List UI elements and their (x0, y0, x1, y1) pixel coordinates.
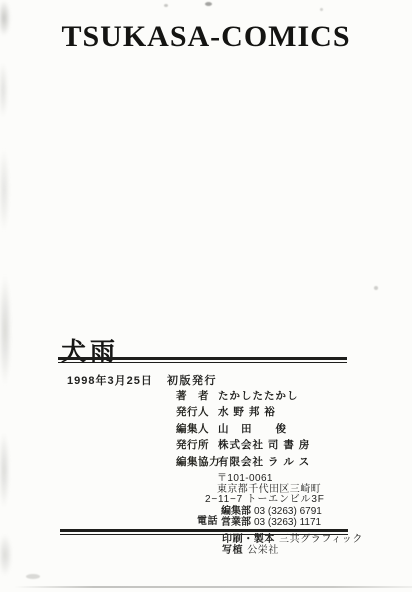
credit-label: 編集協力 (176, 454, 216, 469)
phone-lines: 編集部03 (3263) 6791 営業部03 (3263) 1171 (221, 507, 322, 529)
publisher-address-block: 〒101-0061 東京都千代田区三崎町 2−11−7 トーエンビル3F (217, 474, 325, 506)
colophon-page: TSUKASA-COMICS 犬雨 1998年3月25日 初版発行 著 者 たか… (0, 0, 412, 592)
scan-noise-left-edge (0, 0, 16, 592)
credit-value: 水 野 邦 裕 (218, 404, 276, 419)
credit-row-author: 著 者 たかしたたかし (176, 388, 310, 404)
printing-value: 三共グラフィック (279, 534, 363, 545)
page-bottom-edge-line (14, 586, 412, 588)
phone-line-sales: 営業部03 (3263) 1171 (221, 518, 322, 529)
production-credits-block: 印刷・製本三共グラフィック 写植公栄社 (222, 535, 363, 557)
typesetting-label: 写植 (222, 545, 243, 556)
phone-block: 電話 編集部03 (3263) 6791 営業部03 (3263) 1171 (197, 507, 322, 529)
postal-code: 〒101-0061 (217, 474, 325, 485)
credits-block: 著 者 たかしたたかし 発行人 水 野 邦 裕 編集人 山 田 俊 発行所 株式… (176, 388, 310, 470)
credit-label: 発行人 (176, 404, 216, 419)
credit-value: たかしたたかし (218, 388, 299, 403)
brand-logotype: TSUKASA-COMICS (0, 20, 412, 54)
phone-number: 03 (3263) 6791 (254, 506, 322, 517)
scan-speck (374, 286, 378, 290)
credit-row-publisher-person: 発行人 水 野 邦 裕 (176, 404, 310, 420)
credit-label: 著 者 (176, 388, 216, 403)
typesetting-credit-row: 写植公栄社 (222, 546, 363, 557)
credit-label: 発行所 (176, 437, 216, 452)
printing-label: 印刷・製本 (222, 534, 275, 545)
title-double-rule (58, 357, 347, 363)
credit-value: 株式会社 司 書 房 (218, 437, 310, 452)
credit-row-publishing-house: 発行所 株式会社 司 書 房 (176, 437, 310, 453)
scan-speck (164, 4, 168, 7)
credit-value: 山 田 俊 (218, 421, 287, 436)
credit-row-editor: 編集人 山 田 俊 (176, 421, 310, 437)
phone-number: 03 (3263) 1171 (254, 517, 321, 528)
printing-credit-row: 印刷・製本三共グラフィック (222, 535, 363, 546)
phone-label: 電話 (197, 512, 218, 529)
credit-row-editing-cooperation: 編集協力 有限会社 ラ ル ス (176, 454, 310, 470)
credit-value: 有限会社 ラ ル ス (218, 454, 310, 469)
phone-dept: 営業部 (221, 517, 251, 528)
phone-dept: 編集部 (221, 506, 251, 517)
scan-speck (26, 574, 40, 579)
publication-date: 1998年3月25日 (67, 372, 153, 388)
edition-label: 初版発行 (167, 372, 217, 388)
credit-label: 編集人 (176, 421, 216, 436)
address-line2: 2−11−7 トーエンビル3F (205, 495, 325, 506)
scan-speck (205, 2, 212, 6)
typesetting-value: 公栄社 (247, 545, 279, 556)
scan-speck (320, 8, 323, 11)
